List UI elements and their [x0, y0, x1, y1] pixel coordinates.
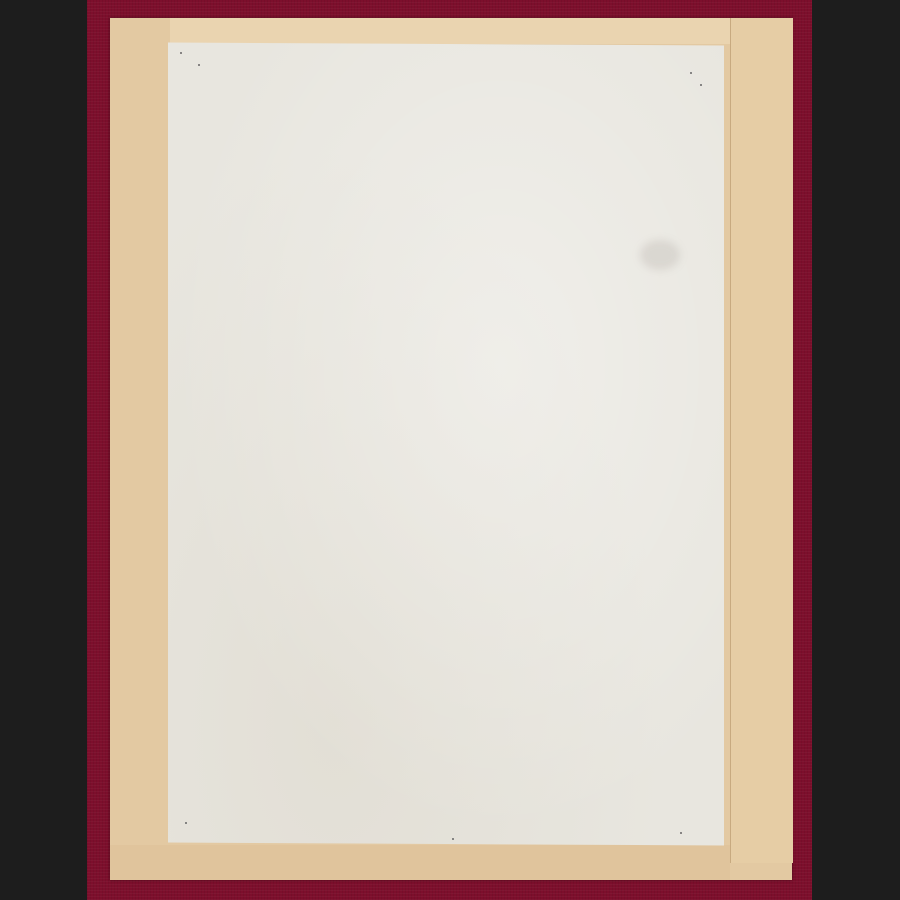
blank-paper-sheet	[168, 43, 724, 846]
speck	[690, 72, 692, 74]
dark-border-right	[812, 0, 900, 900]
speck	[700, 84, 702, 86]
speck	[452, 838, 454, 840]
dark-border-left	[0, 0, 87, 900]
speck	[198, 64, 200, 66]
paper-smudge	[640, 240, 680, 270]
board-right-strip	[730, 18, 793, 863]
speck	[680, 832, 682, 834]
board-top-strip	[170, 18, 730, 44]
speck	[185, 822, 187, 824]
board-bottom-strip	[110, 845, 730, 880]
speck	[180, 52, 182, 54]
